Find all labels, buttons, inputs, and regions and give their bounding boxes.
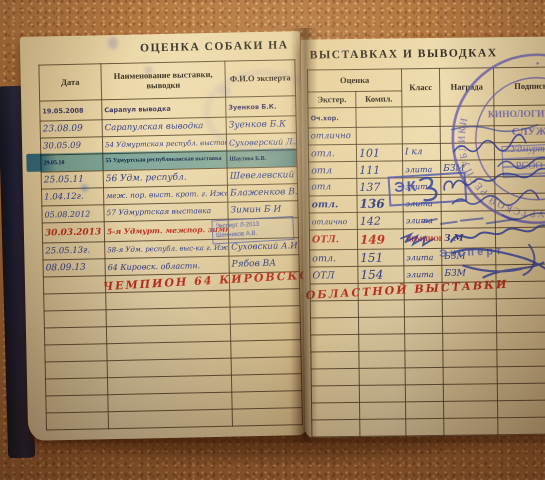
expert-cell: Шаутова Б.В.	[227, 150, 297, 168]
cell	[45, 378, 107, 396]
cell	[311, 385, 359, 403]
ek-rect-stamp: ЭК	[388, 172, 468, 207]
date-cell: 1.04.12г.	[41, 188, 103, 206]
cell	[443, 367, 497, 385]
expert-cell: Шевелевский	[227, 167, 297, 185]
class-cell	[402, 126, 440, 143]
date-cell: 30.05.09	[40, 137, 102, 155]
cell	[405, 333, 443, 350]
expert-cell: Зуенков Б.К	[226, 116, 296, 134]
class-cell: элита	[404, 265, 442, 282]
photo-scene: ОЦЕНКА СОБАКИ НА Дата Наименование выста…	[0, 0, 545, 480]
cell	[231, 340, 301, 358]
col-header-exterior: Экстер.	[308, 91, 356, 108]
cell	[497, 332, 545, 350]
svg-text:• КИНОЛОГИЧЕСКАЯ СЛУЖБА • УДМУ: • КИНОЛОГИЧЕСКАЯ СЛУЖБА • УДМУРТСКОЙ РЕС…	[456, 58, 545, 220]
cell	[405, 350, 443, 367]
cell	[358, 317, 404, 335]
cell	[404, 316, 442, 333]
complex-cell: 142	[357, 212, 403, 230]
ink-smudge	[108, 37, 118, 49]
expert-cell: Суховерский Л.И.	[226, 133, 296, 151]
exterior-cell: отл.	[310, 249, 358, 267]
cell	[498, 400, 545, 418]
cell	[406, 401, 444, 418]
cell	[442, 299, 496, 317]
cell	[497, 383, 545, 401]
cell	[230, 289, 300, 307]
cell	[406, 418, 444, 435]
cell	[358, 300, 404, 318]
empty-row	[312, 417, 545, 437]
cell	[230, 306, 300, 324]
col-header-date: Дата	[39, 64, 102, 101]
cell	[311, 368, 359, 386]
round-stamp-line1: КИНОЛОГИЧЕСКАЯ	[488, 109, 545, 120]
exterior-cell: ОТЛ.	[309, 229, 357, 250]
exterior-cell: отл.	[308, 144, 356, 162]
col-header-class: Класс	[401, 68, 439, 106]
cell	[45, 344, 107, 362]
left-page: ОЦЕНКА СОБАКИ НА Дата Наименование выста…	[20, 31, 308, 441]
right-page: ВЫСТАВКАХ И ВЫВОДКАХ Оценка Класс Наград…	[301, 36, 545, 437]
col-header-complex: Компл.	[356, 91, 402, 108]
cell	[311, 334, 359, 352]
round-stamp-line2: СЛУЖБА	[512, 125, 545, 138]
cell	[359, 334, 405, 352]
exterior-cell: Оч.хор.	[308, 107, 356, 128]
date-cell: 30.03.2013	[42, 222, 104, 243]
date-cell: 19.05.2008	[40, 100, 102, 121]
cell	[442, 316, 496, 334]
event-cell: 5-я Удмурт. межпор. зимн. выставка	[104, 219, 228, 242]
cell	[405, 367, 443, 384]
expert-cell: Зуенков Б.К.	[226, 96, 296, 117]
cell	[443, 384, 497, 402]
col-header-grade: Оценка	[307, 69, 401, 92]
cell	[46, 412, 108, 430]
col-header-event: Наименование выставки, выводки	[101, 61, 226, 100]
cell	[359, 385, 405, 403]
left-page-title: ОЦЕНКА СОБАКИ НА	[140, 39, 289, 54]
cell	[405, 384, 443, 401]
cell	[444, 401, 498, 419]
exterior-cell: отлично	[309, 212, 357, 230]
class-cell: ЧЕМПИОН	[403, 228, 441, 248]
cell	[360, 419, 406, 437]
class-cell	[402, 106, 440, 126]
cell	[232, 391, 302, 409]
cell	[230, 323, 300, 341]
exterior-cell: отл	[309, 161, 357, 179]
cell	[231, 374, 301, 392]
complex-cell	[356, 127, 402, 145]
cell	[232, 408, 302, 426]
complex-cell: 101	[356, 144, 402, 162]
date-cell: 29.05.10	[41, 154, 103, 172]
cell	[44, 310, 106, 328]
cell	[444, 418, 498, 436]
exterior-cell: отл.	[309, 195, 357, 213]
round-kennel-club-stamp: • КИНОЛОГИЧЕСКАЯ СЛУЖБА • УДМУРТСКОЙ РЕС…	[436, 38, 545, 240]
cell	[443, 333, 497, 351]
cell	[108, 409, 232, 429]
left-header-row: Дата Наименование выставки, выводки Ф.И.…	[39, 60, 296, 101]
cell	[496, 315, 545, 333]
class-cell: элита	[403, 211, 441, 228]
date-cell: 08.09.13	[43, 259, 105, 277]
cell	[310, 300, 358, 318]
cell	[498, 417, 545, 435]
exterior-cell: отл	[309, 178, 357, 196]
date-cell: 25.05.13г.	[43, 242, 105, 260]
left-table: Дата Наименование выставки, выводки Ф.И.…	[38, 59, 303, 430]
exterior-cell: отлично	[308, 127, 356, 145]
cell	[497, 349, 545, 367]
cell	[404, 299, 442, 316]
class-cell: I кл	[402, 143, 440, 160]
small-rect-stamp	[501, 143, 545, 178]
cell	[231, 357, 301, 375]
cell	[45, 361, 107, 379]
cell	[497, 366, 545, 384]
cell	[312, 402, 360, 420]
class-cell: элита	[404, 248, 442, 265]
cell	[44, 327, 106, 345]
cell	[44, 293, 106, 311]
complex-cell: 149	[357, 229, 403, 250]
complex-cell: 151	[358, 249, 404, 267]
cell	[359, 351, 405, 369]
cell	[310, 317, 358, 335]
date-cell: 05.08.2012	[42, 205, 104, 223]
cell	[46, 395, 108, 413]
cell	[360, 402, 406, 420]
round-stamp-ring-text: • КИНОЛОГИЧЕСКАЯ СЛУЖБА • УДМУРТСКОЙ РЕС…	[456, 58, 545, 220]
exterior-cell: ОТЛ	[310, 266, 358, 284]
date-cell: 23.08.09	[40, 120, 102, 138]
event-cell: Сарапул выводка	[102, 97, 226, 120]
date-cell: 25.05.11	[41, 171, 103, 189]
expert-cell: Блаженков В.В.	[227, 184, 297, 202]
complex-cell: 154	[358, 266, 404, 284]
expert-rect-stamp: Эксперт Л-2013 Шенников А.В.	[211, 216, 294, 245]
cell	[43, 276, 105, 294]
complex-cell	[356, 107, 402, 128]
cell	[311, 351, 359, 369]
col-header-expert: Ф.И.О эксперта	[225, 60, 296, 97]
cell	[496, 298, 545, 316]
cell	[312, 419, 360, 437]
cell	[443, 350, 497, 368]
cell	[359, 368, 405, 386]
